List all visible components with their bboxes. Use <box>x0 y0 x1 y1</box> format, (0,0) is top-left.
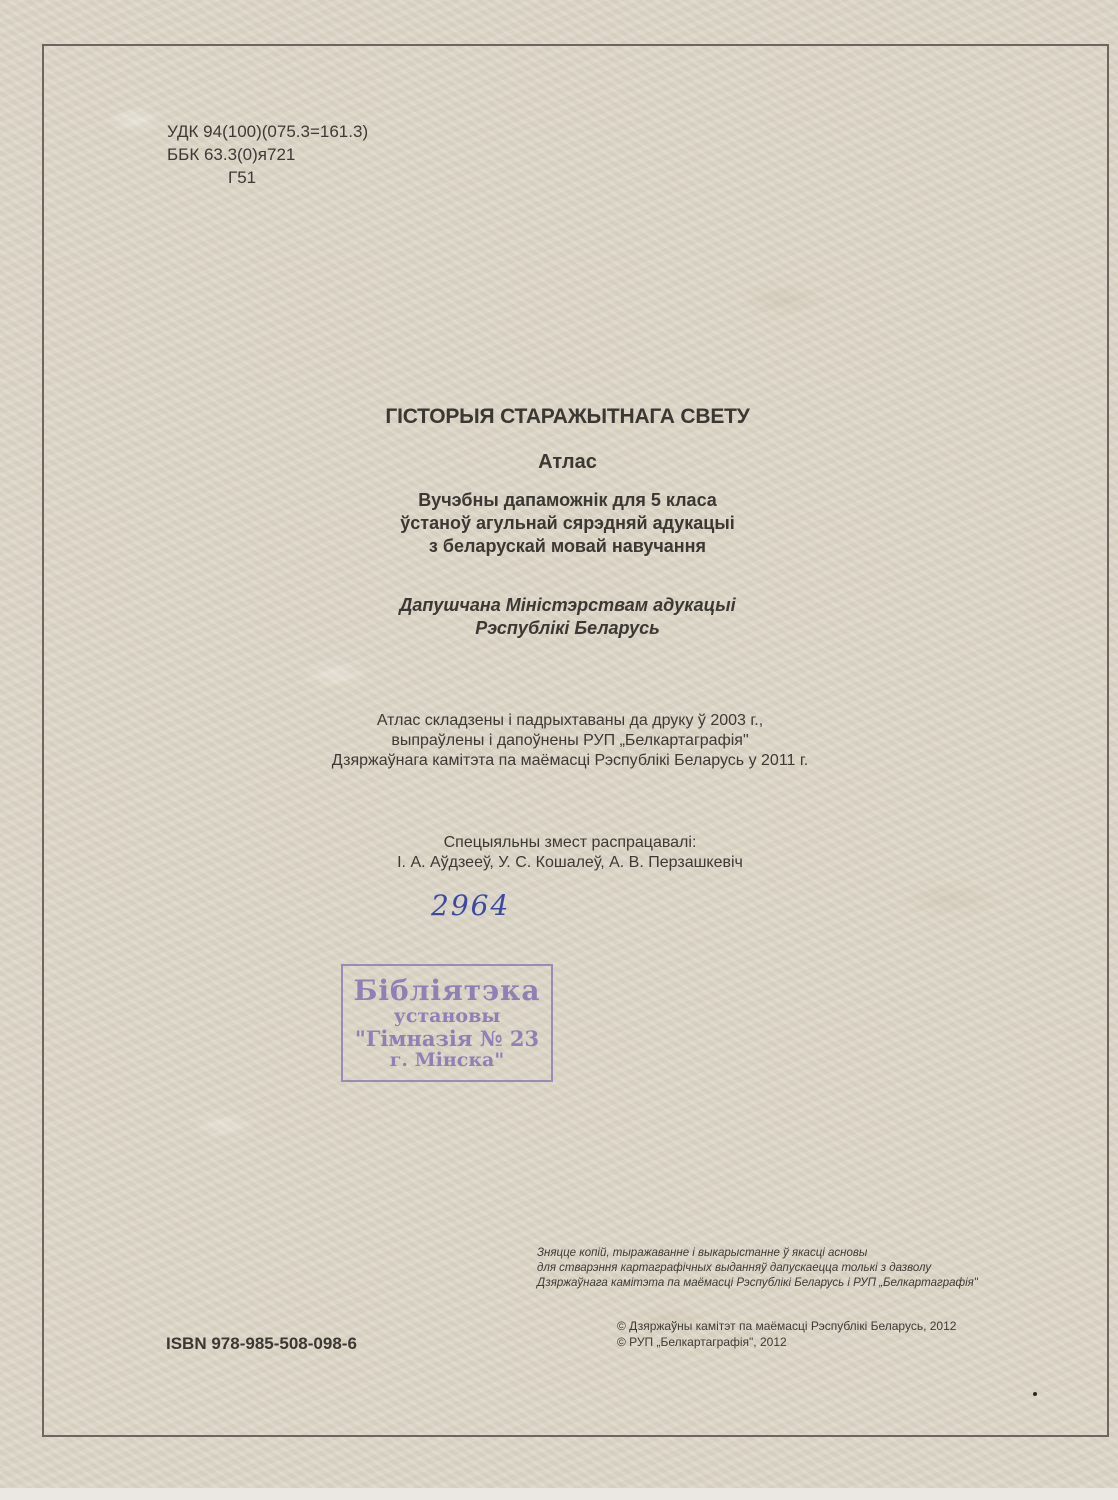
preparation-note: Атлас складзены і падрыхтаваны да друку … <box>0 711 1118 771</box>
author-mark: Г51 <box>167 166 368 189</box>
bbk-code: ББК 63.3(0)я721 <box>167 143 368 166</box>
preparation-line: Дзяржаўнага камітэта па маёмасці Рэспубл… <box>0 751 1118 771</box>
copyright-notice: Зняцце копій, тыражаванне і выкарыстанне… <box>537 1246 978 1291</box>
approval-line: Рэспублікі Беларусь <box>0 617 1118 640</box>
library-stamp: Бібліятэка установы "Гімназія № 23 г. Мі… <box>341 964 553 1082</box>
copyright-line: © РУП „Белкартаграфія", 2012 <box>617 1334 956 1350</box>
notice-line: Дзяржаўнага камітэта па маёмасці Рэспубл… <box>537 1276 978 1291</box>
page-bottom-strip <box>0 1488 1118 1500</box>
copyrights: © Дзяржаўны камітэт па маёмасці Рэспублі… <box>617 1318 956 1350</box>
approval-line: Дапушчана Міністэрствам адукацыі <box>0 594 1118 617</box>
notice-line: для стварэння картаграфічных выданняў да… <box>537 1261 978 1276</box>
catalog-codes: УДК 94(100)(075.3=161.3) ББК 63.3(0)я721… <box>167 120 368 189</box>
udk-code: УДК 94(100)(075.3=161.3) <box>167 120 368 143</box>
book-title: ГІСТОРЫЯ СТАРАЖЫТНАГА СВЕТУ <box>0 405 1118 429</box>
description-line: ўстаноў агульнай сярэдняй адукацыі <box>0 512 1118 535</box>
book-description: Вучэбны дапаможнік для 5 класа ўстаноў а… <box>0 489 1118 558</box>
ink-speck <box>1033 1392 1037 1396</box>
ministry-approval: Дапушчана Міністэрствам адукацыі Рэспубл… <box>0 594 1118 640</box>
stamp-line: Бібліятэка <box>343 976 551 1006</box>
authors-label: Спецыяльны змест распрацавалі: <box>0 833 1118 853</box>
notice-line: Зняцце копій, тыражаванне і выкарыстанне… <box>537 1246 978 1261</box>
handwritten-inventory-number: 2964 <box>431 889 510 922</box>
authors-names: І. А. Аўдзееў, У. С. Кошалеў, А. В. Перз… <box>0 853 1118 873</box>
isbn: ISBN 978-985-508-098-6 <box>166 1334 357 1354</box>
stamp-line: установы <box>343 1006 551 1027</box>
description-line: Вучэбны дапаможнік для 5 класа <box>0 489 1118 512</box>
description-line: з беларускай мовай навучання <box>0 535 1118 558</box>
stamp-line: "Гімназія № 23 <box>343 1027 551 1050</box>
copyright-line: © Дзяржаўны камітэт па маёмасці Рэспублі… <box>617 1318 956 1334</box>
book-subtitle: Атлас <box>0 451 1118 474</box>
preparation-line: выпраўлены і дапоўнены РУП „Белкартаграф… <box>0 731 1118 751</box>
stamp-line: г. Мінска" <box>343 1050 551 1071</box>
preparation-line: Атлас складзены і падрыхтаваны да друку … <box>0 711 1118 731</box>
authors-block: Спецыяльны змест распрацавалі: І. А. Аўд… <box>0 833 1118 873</box>
